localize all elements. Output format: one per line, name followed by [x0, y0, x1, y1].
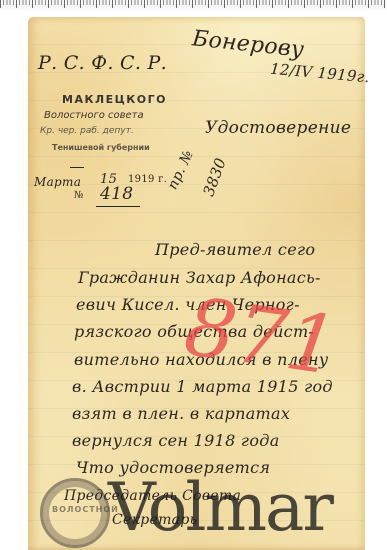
stamp-header-line3: Кр. чер. раб. депут. — [40, 126, 134, 136]
volmar-watermark: Volmar — [108, 475, 332, 541]
document-title: Удостоверение — [205, 118, 351, 138]
number-prefix: № — [74, 190, 84, 201]
date-year: 1919 г. — [128, 174, 167, 185]
stamp-header-line4: Тенишевой губернии — [52, 143, 150, 152]
document-number: 418 — [100, 184, 133, 204]
number-underline — [96, 206, 140, 207]
body-line-8: вернулся сен 1918 года — [72, 431, 280, 450]
body-line-1: Пред-явител сего — [155, 240, 315, 259]
scale-ruler — [0, 0, 387, 10]
stamp-header-line1: МАКЛЕЦКОГО — [62, 93, 167, 106]
date-month: Марта — [34, 175, 81, 189]
body-line-7: взят в плен. в карпатах — [72, 404, 290, 423]
stamp-header-line2: Волостного совета — [44, 110, 144, 121]
republic-heading: Р. С. Ф. С. Р. — [38, 52, 167, 74]
divider-short — [70, 167, 84, 168]
